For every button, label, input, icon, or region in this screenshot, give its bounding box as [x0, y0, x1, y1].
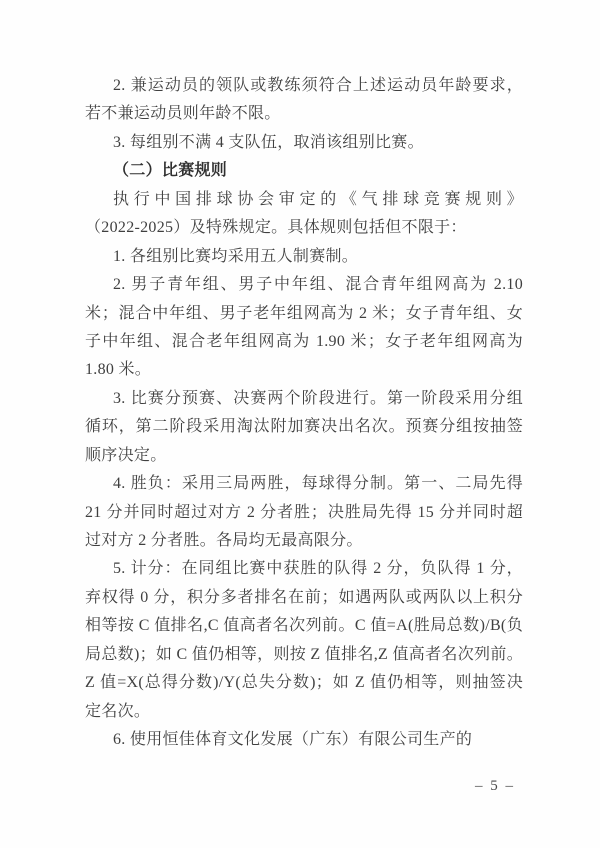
text-line: 1.80 米。 [85, 356, 523, 384]
text-line: 循环，第二阶段采用淘汰附加赛决出名次。预赛分组按抽签 [85, 413, 523, 441]
text-line: （2022-2025）及特殊规定。具体规则包括但不限于： [85, 214, 523, 242]
text-line: 1. 各组别比赛均采用五人制赛制。 [85, 243, 523, 271]
text-line: 3. 每组别不满 4 支队伍，取消该组别比赛。 [85, 129, 523, 157]
text-line: 相等按 C 值排名,C 值高者名次列前。C 值=A(胜局总数)/B(负 [85, 612, 523, 640]
text-line: 2. 男子青年组、男子中年组、混合青年组网高为 2.10 [85, 271, 523, 299]
text-line: 6. 使用恒佳体育文化发展（广东）有限公司生产的 [85, 726, 523, 754]
text-line: 过对方 2 分者胜。各局均无最高限分。 [85, 527, 523, 555]
text-line: 弃权得 0 分，积分多者排名在前；如遇两队或两队以上积分 [85, 584, 523, 612]
text-line: Z 值=X(总得分数)/Y(总失分数)；如 Z 值仍相等，则抽签决 [85, 669, 523, 697]
text-line: 3. 比赛分预赛、决赛两个阶段进行。第一阶段采用分组 [85, 385, 523, 413]
text-line: 21 分并同时超过对方 2 分者胜；决胜局先得 15 分并同时超 [85, 499, 523, 527]
document-page: 2. 兼运动员的领队或教练须符合上述运动员年龄要求， 若不兼运动员则年龄不限。 … [0, 0, 600, 848]
section-heading: （二）比赛规则 [85, 157, 523, 185]
document-text-block: 2. 兼运动员的领队或教练须符合上述运动员年龄要求， 若不兼运动员则年龄不限。 … [85, 72, 523, 755]
text-line: 执行中国排球协会审定的《气排球竞赛规则》 [85, 186, 523, 214]
text-line: 4. 胜负：采用三局两胜，每球得分制。第一、二局先得 [85, 470, 523, 498]
text-line: 定名次。 [85, 698, 523, 726]
text-line: 米；混合中年组、男子老年组网高为 2 米；女子青年组、女 [85, 300, 523, 328]
text-line: 5. 计分：在同组比赛中获胜的队得 2 分，负队得 1 分， [85, 555, 523, 583]
text-line: 2. 兼运动员的领队或教练须符合上述运动员年龄要求， [85, 72, 523, 100]
text-line: 若不兼运动员则年龄不限。 [85, 100, 523, 128]
page-number: – 5 – [452, 774, 538, 798]
text-line: 子中年组、混合老年组网高为 1.90 米；女子老年组网高为 [85, 328, 523, 356]
text-line: 顺序决定。 [85, 442, 523, 470]
text-line: 局总数)；如 C 值仍相等，则按 Z 值排名,Z 值高者名次列前。 [85, 641, 523, 669]
